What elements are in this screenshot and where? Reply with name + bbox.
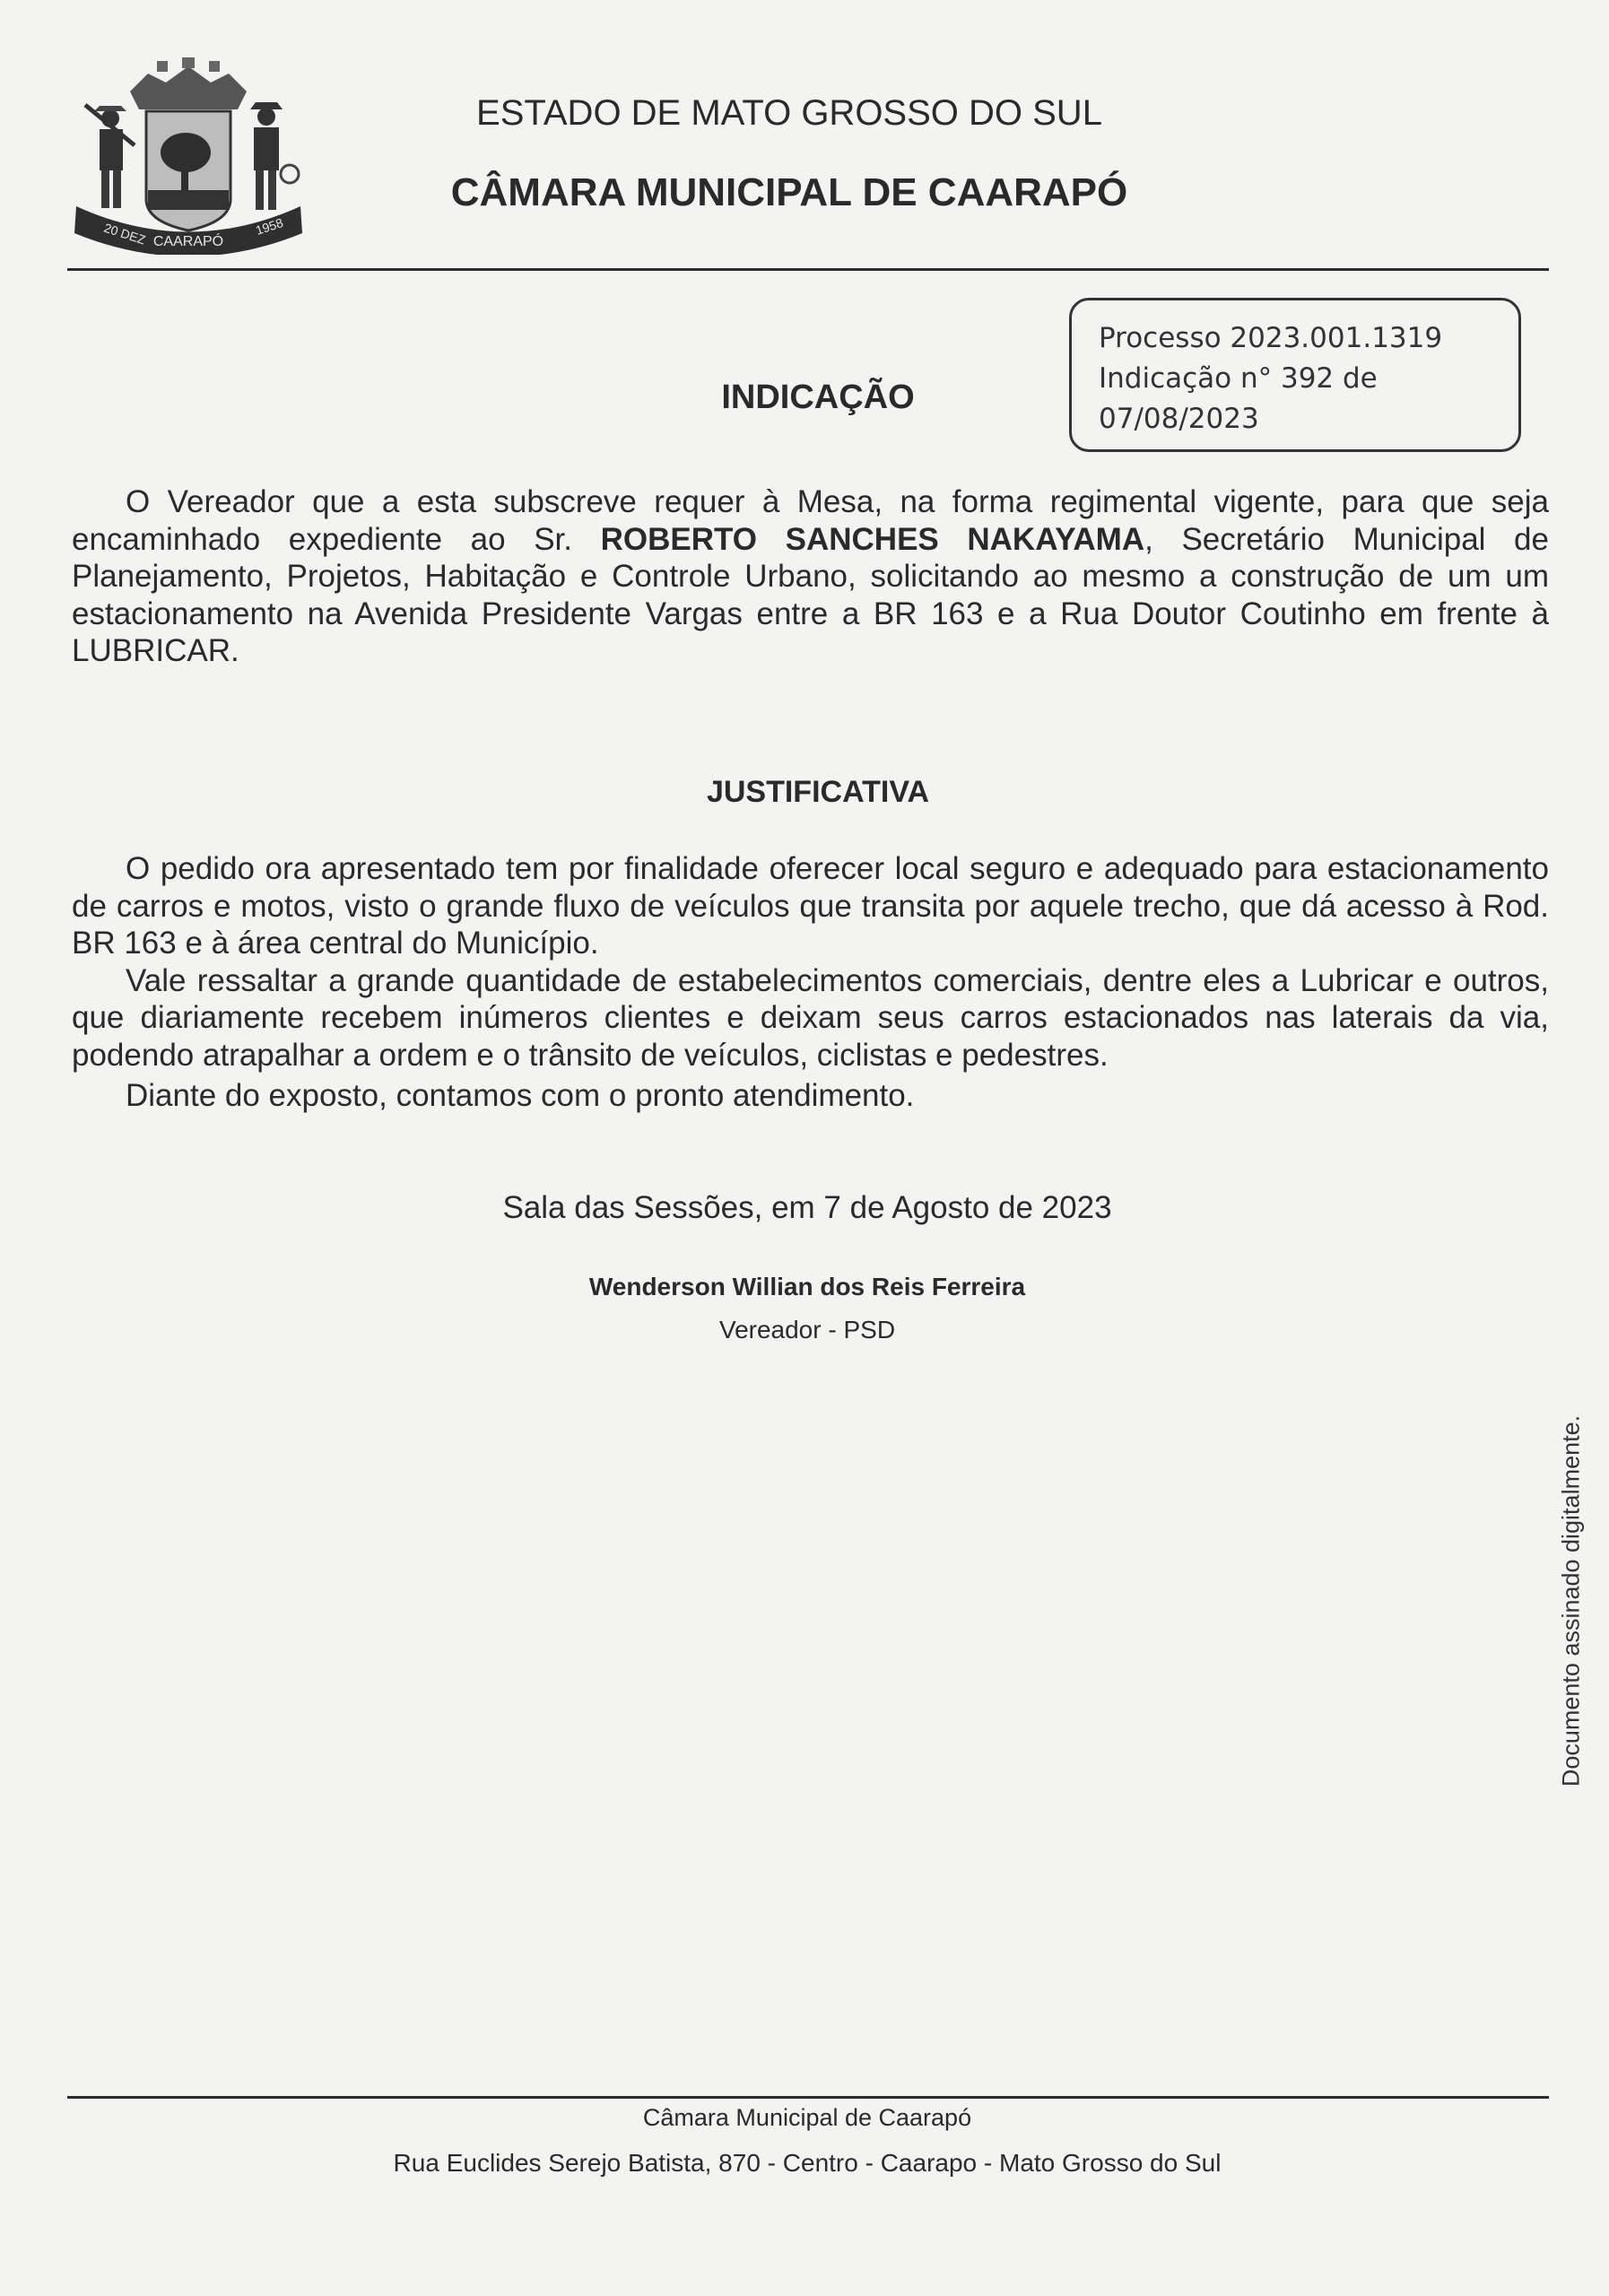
justificativa-paragraph: Vale ressaltar a grande quantidade de es… xyxy=(72,962,1549,1074)
recipient-name: ROBERTO SANCHES NAKAYAMA xyxy=(601,522,1144,557)
signer-name: Wenderson Willian dos Reis Ferreira xyxy=(359,1273,1256,1301)
footer-divider xyxy=(67,2096,1549,2099)
indicacao-body: O Vereador que a esta subscreve requer à… xyxy=(72,483,1549,670)
indication-date: 07/08/2023 xyxy=(1099,399,1518,439)
footer-address: Rua Euclides Serejo Batista, 870 - Centr… xyxy=(269,2149,1345,2178)
coat-of-arms-logo: 20 DEZ CAARAPÓ 1958 xyxy=(67,56,309,255)
institution-heading: CÂMARA MUNICIPAL DE CAARAPÓ xyxy=(377,170,1202,215)
justificativa-paragraph: O pedido ora apresentado tem por finalid… xyxy=(72,850,1549,962)
justificativa-paragraph: Diante do exposto, contamos com o pronto… xyxy=(72,1077,1549,1115)
indication-number: Indicação n° 392 de xyxy=(1099,359,1518,399)
justificativa-body: O pedido ora apresentado tem por finalid… xyxy=(72,850,1549,1115)
svg-text:CAARAPÓ: CAARAPÓ xyxy=(153,232,223,249)
indicacao-title: INDICAÇÃO xyxy=(628,378,1008,417)
justificativa-title: JUSTIFICATIVA xyxy=(538,775,1098,810)
signer-role: Vereador - PSD xyxy=(359,1316,1256,1344)
digital-signature-note: Documento assinado digitalmente. xyxy=(1558,1415,1586,1787)
header-divider xyxy=(67,268,1549,271)
state-heading: ESTADO DE MATO GROSSO DO SUL xyxy=(377,93,1202,134)
place-date: Sala das Sessões, em 7 de Agosto de 2023 xyxy=(359,1190,1256,1226)
footer-institution: Câmara Municipal de Caarapó xyxy=(359,2104,1256,2132)
process-number: Processo 2023.001.1319 xyxy=(1099,318,1518,359)
indicacao-paragraph: O Vereador que a esta subscreve requer à… xyxy=(72,483,1549,670)
process-info-box: Processo 2023.001.1319 Indicação n° 392 … xyxy=(1069,298,1521,452)
coat-of-arms-icon: 20 DEZ CAARAPÓ 1958 xyxy=(67,56,309,255)
